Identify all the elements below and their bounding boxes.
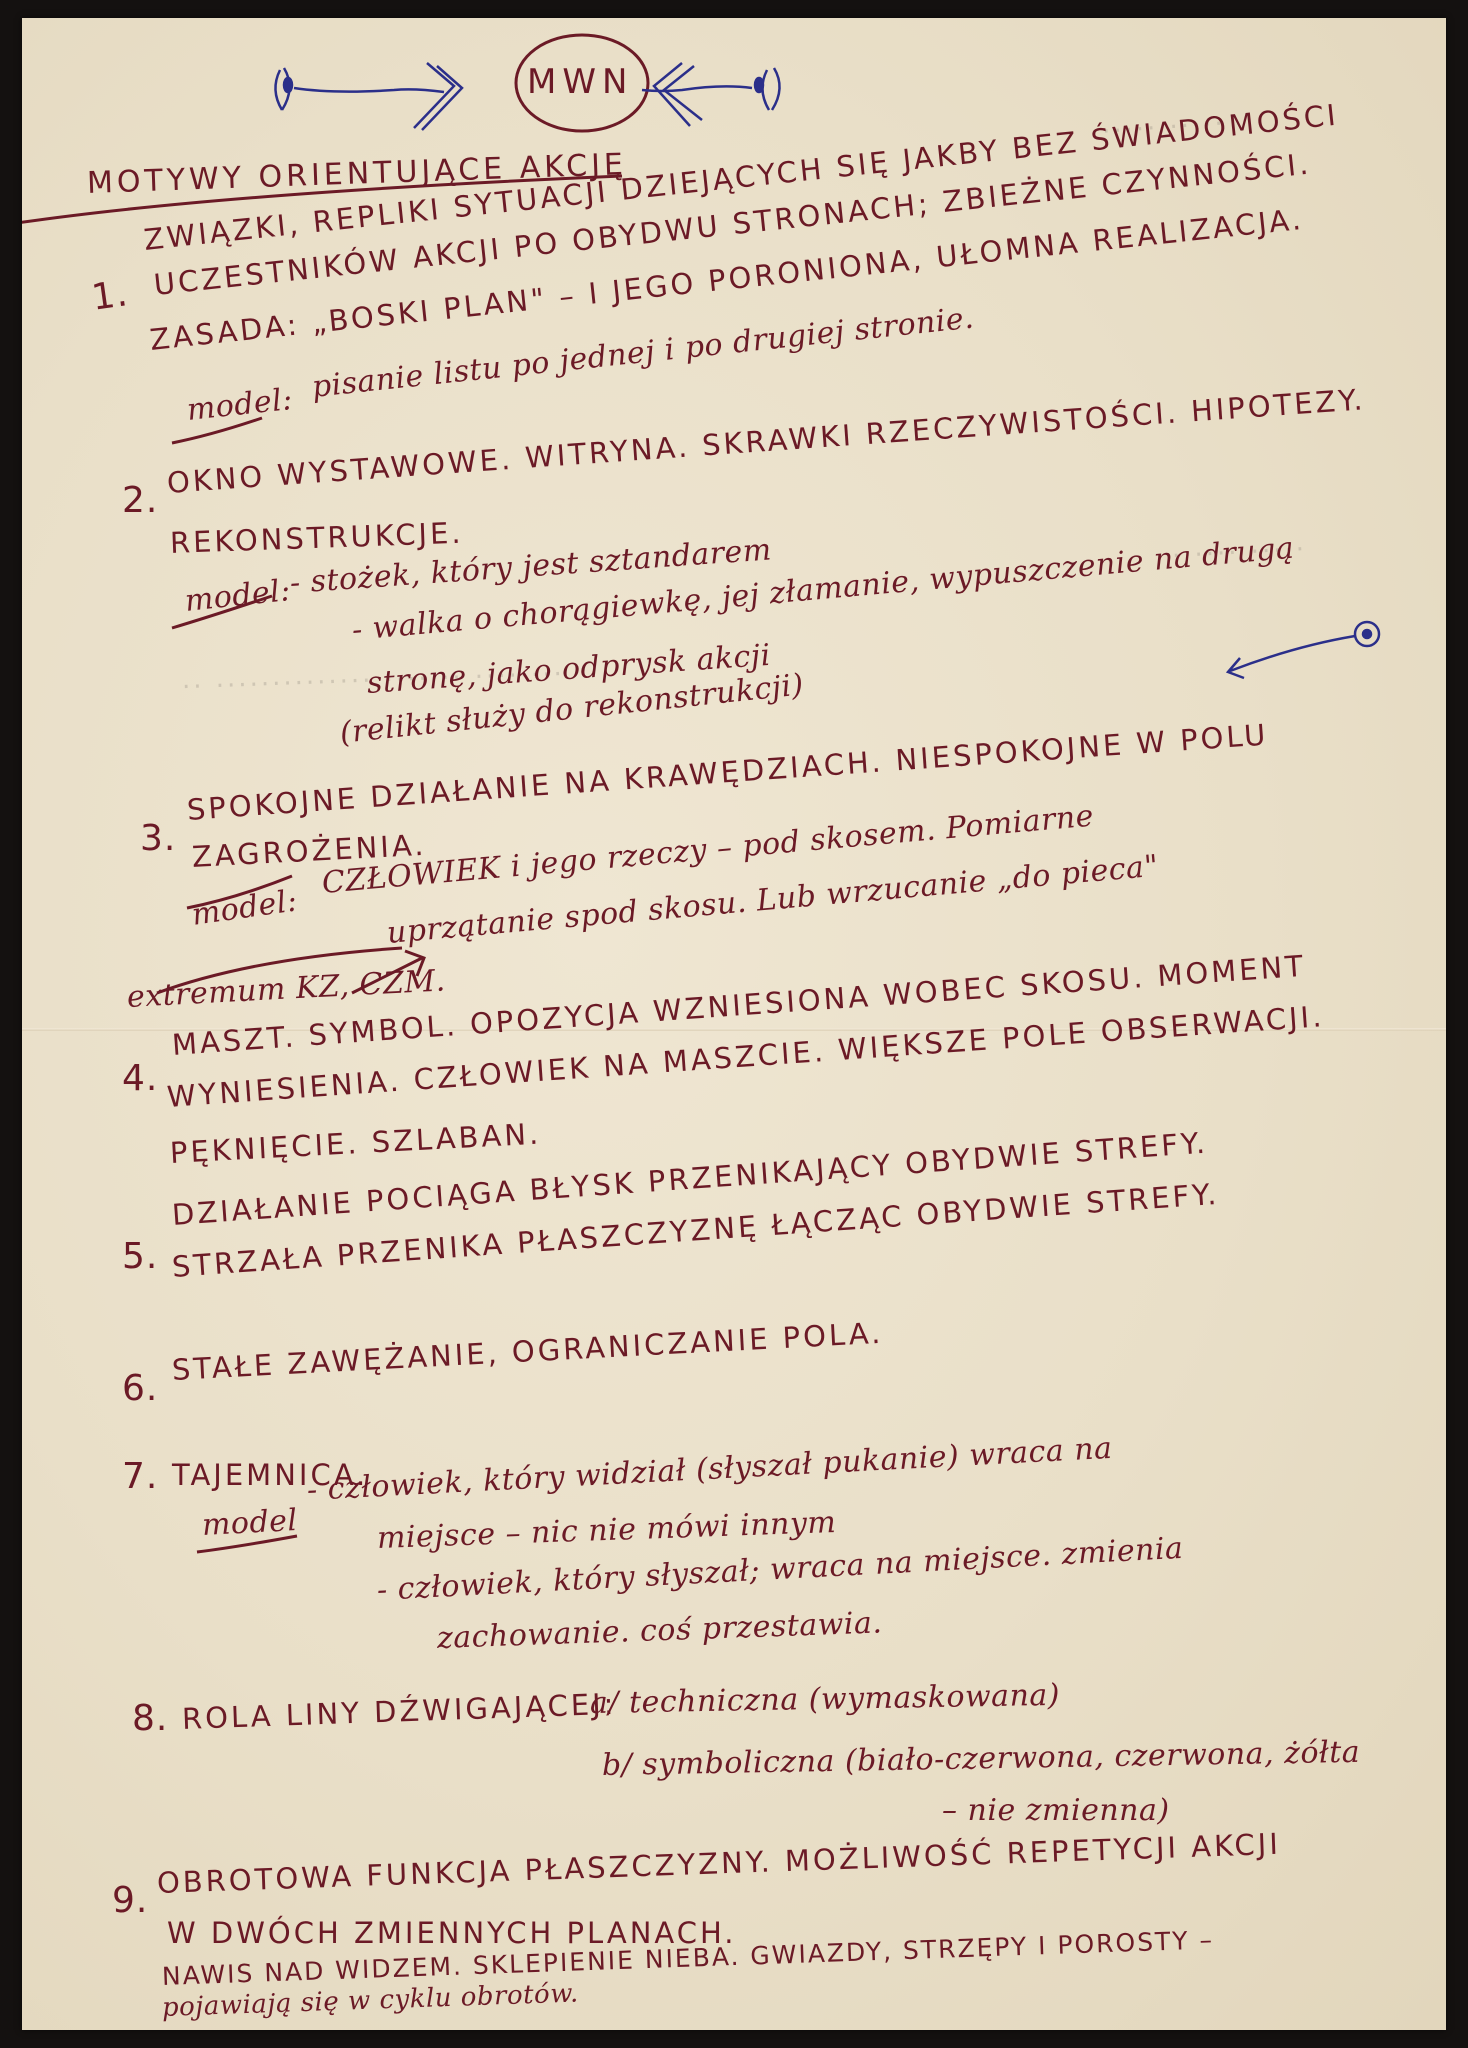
sub-line: – nie zmienna) (942, 1793, 1170, 1828)
manuscript-page: ····· ····· ······ ····· ·· ············… (22, 18, 1446, 2030)
item-number: 9. (112, 1880, 148, 1921)
item-number: 7. (122, 1456, 158, 1497)
left-eye-icon (275, 63, 462, 130)
item-number: 6. (122, 1368, 158, 1409)
model-label: model (201, 1503, 298, 1543)
right-eye-icon (642, 63, 780, 126)
item-number: 3. (140, 818, 176, 859)
mwn-logo-text: MWN (527, 62, 633, 102)
item-number: 8. (132, 1698, 168, 1739)
item-number: 5. (122, 1236, 158, 1277)
item-number: 1. (89, 273, 131, 319)
side-eye-arrow-icon (1228, 622, 1379, 678)
item-number: 2. (122, 480, 158, 521)
item-number: 4. (122, 1058, 158, 1099)
